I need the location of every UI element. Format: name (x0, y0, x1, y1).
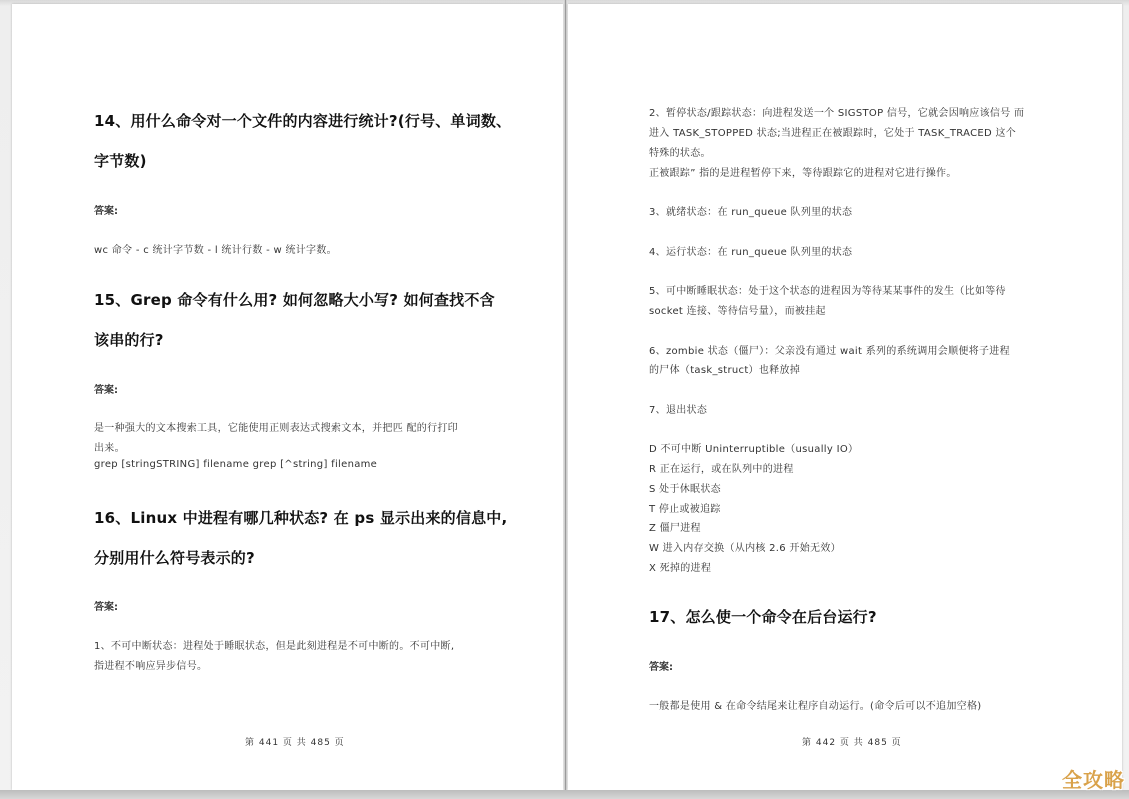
state-item: D 不可中断 Uninterruptible（usually IO） (649, 440, 858, 455)
answer-text: 一般都是使用 & 在命令结尾来让程序自动运行。(命令后可以不追加空格) (649, 697, 981, 712)
question-15-title: 15、Grep 命令有什么用? 如何忽略大小写? 如何查找不含 (94, 289, 495, 310)
text-line: 正被跟踪” 指的是进程暂停下来，等待跟踪它的进程对它进行操作。 (649, 164, 957, 179)
text-line: 进入 TASK_STOPPED 状态;当进程正在被跟踪时，它处于 TASK_TR… (649, 124, 1016, 139)
answer-code: grep [stringSTRING] filename grep [^stri… (94, 459, 377, 470)
answer-text: wc 命令 - c 统计字节数 - l 统计行数 - w 统计字数。 (94, 241, 337, 256)
answer-label: 答案: (649, 658, 673, 673)
text-line: 6、zombie 状态（僵尸）：父亲没有通过 wait 系列的系统调用会顺便将子… (649, 342, 1010, 357)
answer-text: 指进程不响应异步信号。 (94, 657, 207, 672)
viewer-bottom-edge (0, 790, 1129, 799)
text-line: 5、可中断睡眠状态：处于这个状态的进程因为等待某某事件的发生（比如等待 (649, 282, 1006, 297)
state-item: S 处于休眠状态 (649, 480, 721, 495)
question-15-title-cont: 该串的行? (94, 329, 164, 350)
watermark-logo: 全攻略 (1062, 764, 1125, 793)
state-item: Z 僵尸进程 (649, 519, 701, 534)
state-item: T 停止或被追踪 (649, 500, 721, 515)
page-442: 2、暂停状态/跟踪状态：向进程发送一个 SIGSTOP 信号，它就会因响应该信号… (568, 4, 1122, 790)
page-number: 第 442 页 共 485 页 (802, 735, 902, 748)
text-line: 的尸体（task_struct）也释放掉 (649, 361, 800, 376)
answer-label: 答案: (94, 381, 118, 396)
page-441: 14、用什么命令对一个文件的内容进行统计?(行号、单词数、 字节数) 答案: w… (12, 4, 563, 790)
answer-text: 是一种强大的文本搜索工具，它能使用正则表达式搜索文本，并把匹 配的行打印 (94, 419, 458, 434)
question-14-title: 14、用什么命令对一个文件的内容进行统计?(行号、单词数、 (94, 110, 511, 131)
question-16-title-cont: 分别用什么符号表示的? (94, 547, 255, 568)
text-line: 4、运行状态：在 run_queue 队列里的状态 (649, 243, 852, 258)
question-14-title-cont: 字节数) (94, 150, 147, 171)
answer-label: 答案: (94, 598, 118, 613)
question-17-title: 17、怎么使一个命令在后台运行? (649, 606, 877, 627)
text-line: 7、退出状态 (649, 401, 707, 416)
text-line: 特殊的状态。 (649, 144, 711, 159)
question-16-title: 16、Linux 中进程有哪几种状态? 在 ps 显示出来的信息中, (94, 507, 507, 528)
answer-label: 答案: (94, 202, 118, 217)
state-item: X 死掉的进程 (649, 559, 711, 574)
document-viewer: 14、用什么命令对一个文件的内容进行统计?(行号、单词数、 字节数) 答案: w… (0, 0, 1129, 799)
text-line: socket 连接、等待信号量），而被挂起 (649, 302, 826, 317)
page-number: 第 441 页 共 485 页 (245, 735, 345, 748)
text-line: 2、暂停状态/跟踪状态：向进程发送一个 SIGSTOP 信号，它就会因响应该信号… (649, 104, 1024, 119)
page-divider (564, 0, 567, 790)
answer-text: 1、不可中断状态：进程处于睡眠状态，但是此刻进程是不可中断的。不可中断, (94, 637, 454, 652)
answer-text: 出来。 (94, 439, 125, 454)
state-item: R 正在运行，或在队列中的进程 (649, 460, 794, 475)
state-item: W 进入内存交换（从内核 2.6 开始无效） (649, 539, 841, 554)
text-line: 3、就绪状态：在 run_queue 队列里的状态 (649, 203, 852, 218)
